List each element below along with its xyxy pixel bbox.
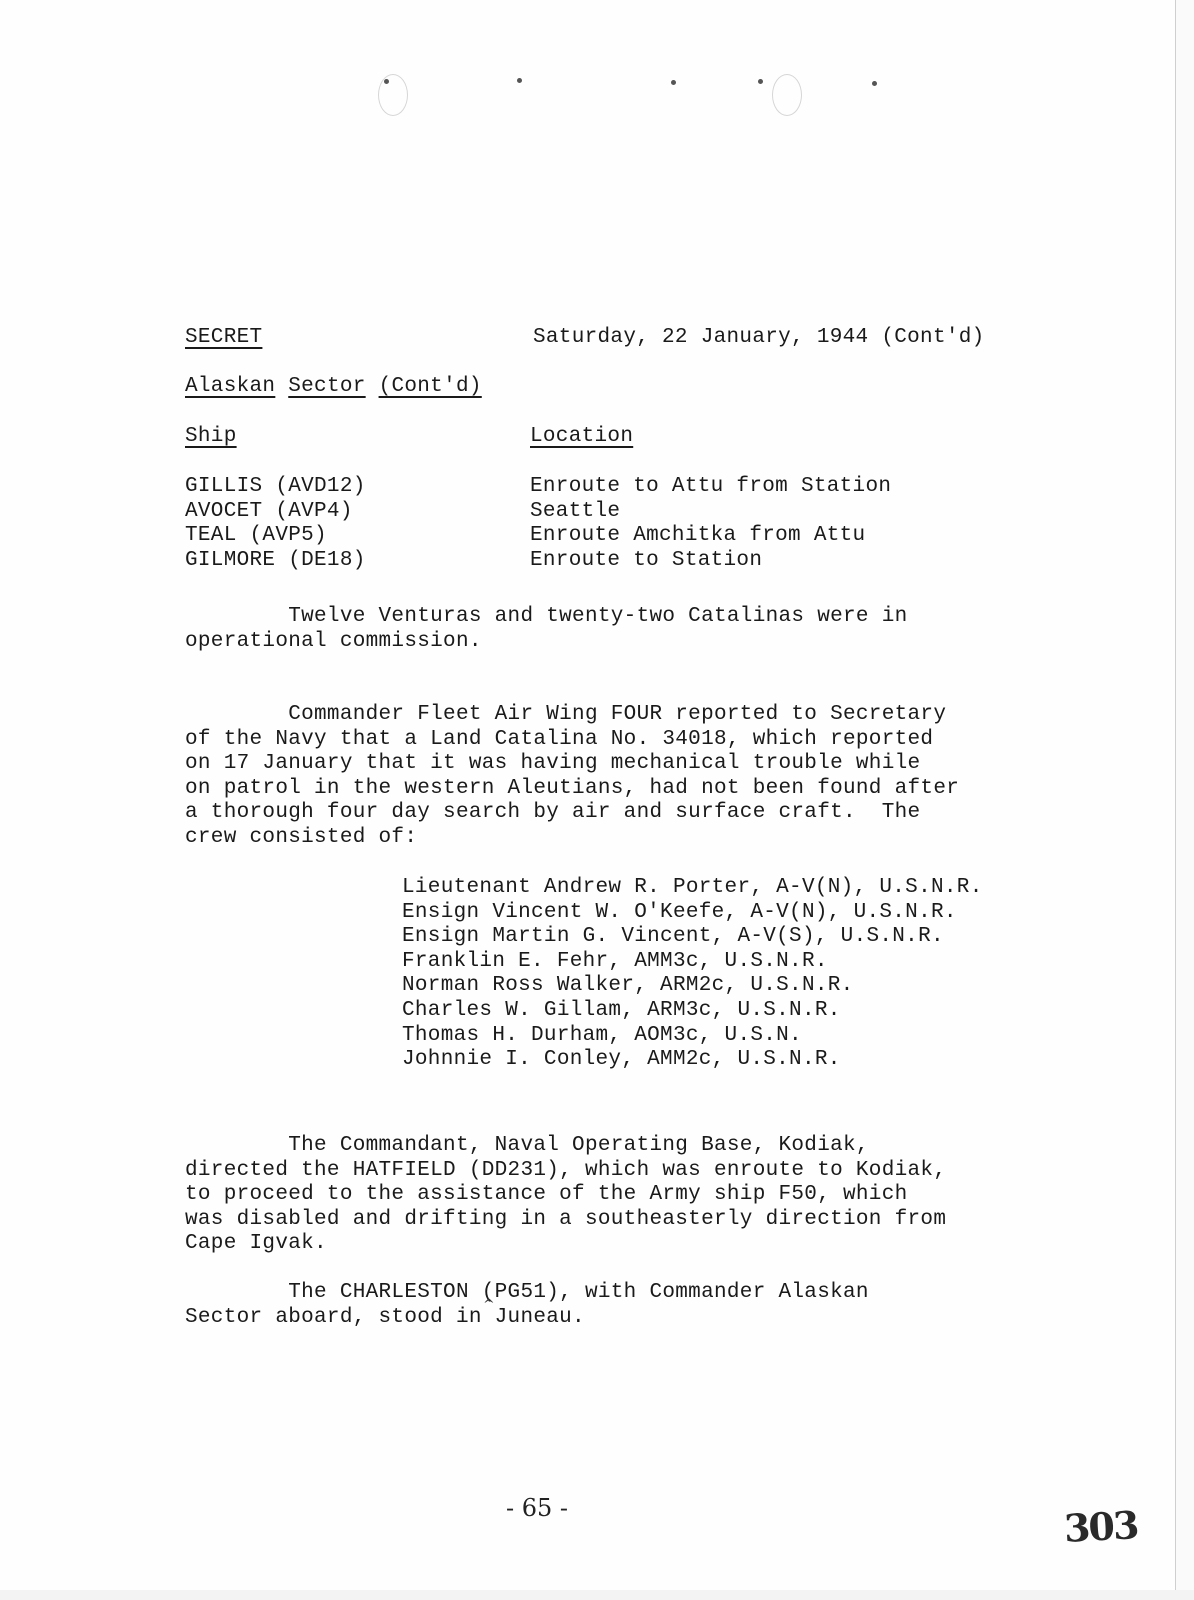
crew-member: Ensign Martin G. Vincent, A-V(S), U.S.N.… <box>402 925 944 950</box>
table-row-ship: AVOCET (AVP4) <box>185 500 353 525</box>
text-line: The CHARLESTON (PG51), with Commander Al… <box>185 1281 869 1306</box>
speck <box>671 80 676 85</box>
punch-hole <box>378 74 408 116</box>
punch-hole <box>772 74 802 116</box>
table-row-location: Enroute to Station <box>530 549 762 574</box>
text-line: crew consisted of: <box>185 826 417 851</box>
text-line: directed the HATFIELD (DD231), which was… <box>185 1159 946 1184</box>
speck <box>384 79 389 84</box>
page-edge-bottom <box>0 1590 1194 1600</box>
text-line: Commander Fleet Air Wing FOUR reported t… <box>185 703 946 728</box>
crew-member: Franklin E. Fehr, AMM3c, U.S.N.R. <box>402 950 828 975</box>
page-edge <box>1175 0 1194 1600</box>
speck <box>758 79 763 84</box>
page-number: - 65 - <box>506 1494 568 1522</box>
crew-member: Charles W. Gillam, ARM3c, U.S.N.R. <box>402 999 841 1024</box>
table-row-location: Enroute Amchitka from Attu <box>530 524 865 549</box>
text-line: to proceed to the assistance of the Army… <box>185 1183 908 1208</box>
text-line: Twelve Venturas and twenty-two Catalinas… <box>185 605 908 630</box>
table-row-ship: GILLIS (AVD12) <box>185 475 366 500</box>
text-line: Cape Igvak. <box>185 1232 327 1257</box>
text-line: a thorough four day search by air and su… <box>185 801 920 826</box>
handwritten-folio-number: 303 <box>1063 1502 1139 1551</box>
classification-label: SECRET <box>185 326 262 351</box>
text-line: The Commandant, Naval Operating Base, Ko… <box>185 1134 869 1159</box>
text-line: Sector aboard, stood in Juneau. <box>185 1306 585 1331</box>
section-heading-word: Alaskan <box>185 375 275 398</box>
document-page: SECRET Saturday, 22 January, 1944 (Cont'… <box>0 0 1194 1600</box>
table-row-location: Seattle <box>530 500 620 525</box>
table-row-ship: GILMORE (DE18) <box>185 549 366 574</box>
insertion-mark: ^ <box>483 1297 495 1313</box>
crew-member: Johnnie I. Conley, AMM2c, U.S.N.R. <box>402 1048 841 1073</box>
table-row-ship: TEAL (AVP5) <box>185 524 327 549</box>
crew-member: Norman Ross Walker, ARM2c, U.S.N.R. <box>402 974 854 999</box>
speck <box>517 78 522 83</box>
table-row-location: Enroute to Attu from Station <box>530 475 891 500</box>
column-header-ship: Ship <box>185 425 237 450</box>
crew-member: Ensign Vincent W. O'Keefe, A-V(N), U.S.N… <box>402 901 957 926</box>
section-heading-word: (Cont'd) <box>379 375 482 398</box>
section-heading: Alaskan Sector (Cont'd) <box>185 375 482 400</box>
text-line: on patrol in the western Aleutians, had … <box>185 777 959 802</box>
crew-member: Lieutenant Andrew R. Porter, A-V(N), U.S… <box>402 876 983 901</box>
crew-member: Thomas H. Durham, AOM3c, U.S.N. <box>402 1024 802 1049</box>
column-header-location: Location <box>530 425 633 450</box>
text-line: operational commission. <box>185 630 482 655</box>
document-date: Saturday, 22 January, 1944 (Cont'd) <box>533 326 985 351</box>
text-line: on 17 January that it was having mechani… <box>185 752 920 777</box>
text-line: was disabled and drifting in a southeast… <box>185 1208 946 1233</box>
section-heading-word: Sector <box>288 375 365 398</box>
speck <box>872 81 877 86</box>
text-line: of the Navy that a Land Catalina No. 340… <box>185 728 933 753</box>
